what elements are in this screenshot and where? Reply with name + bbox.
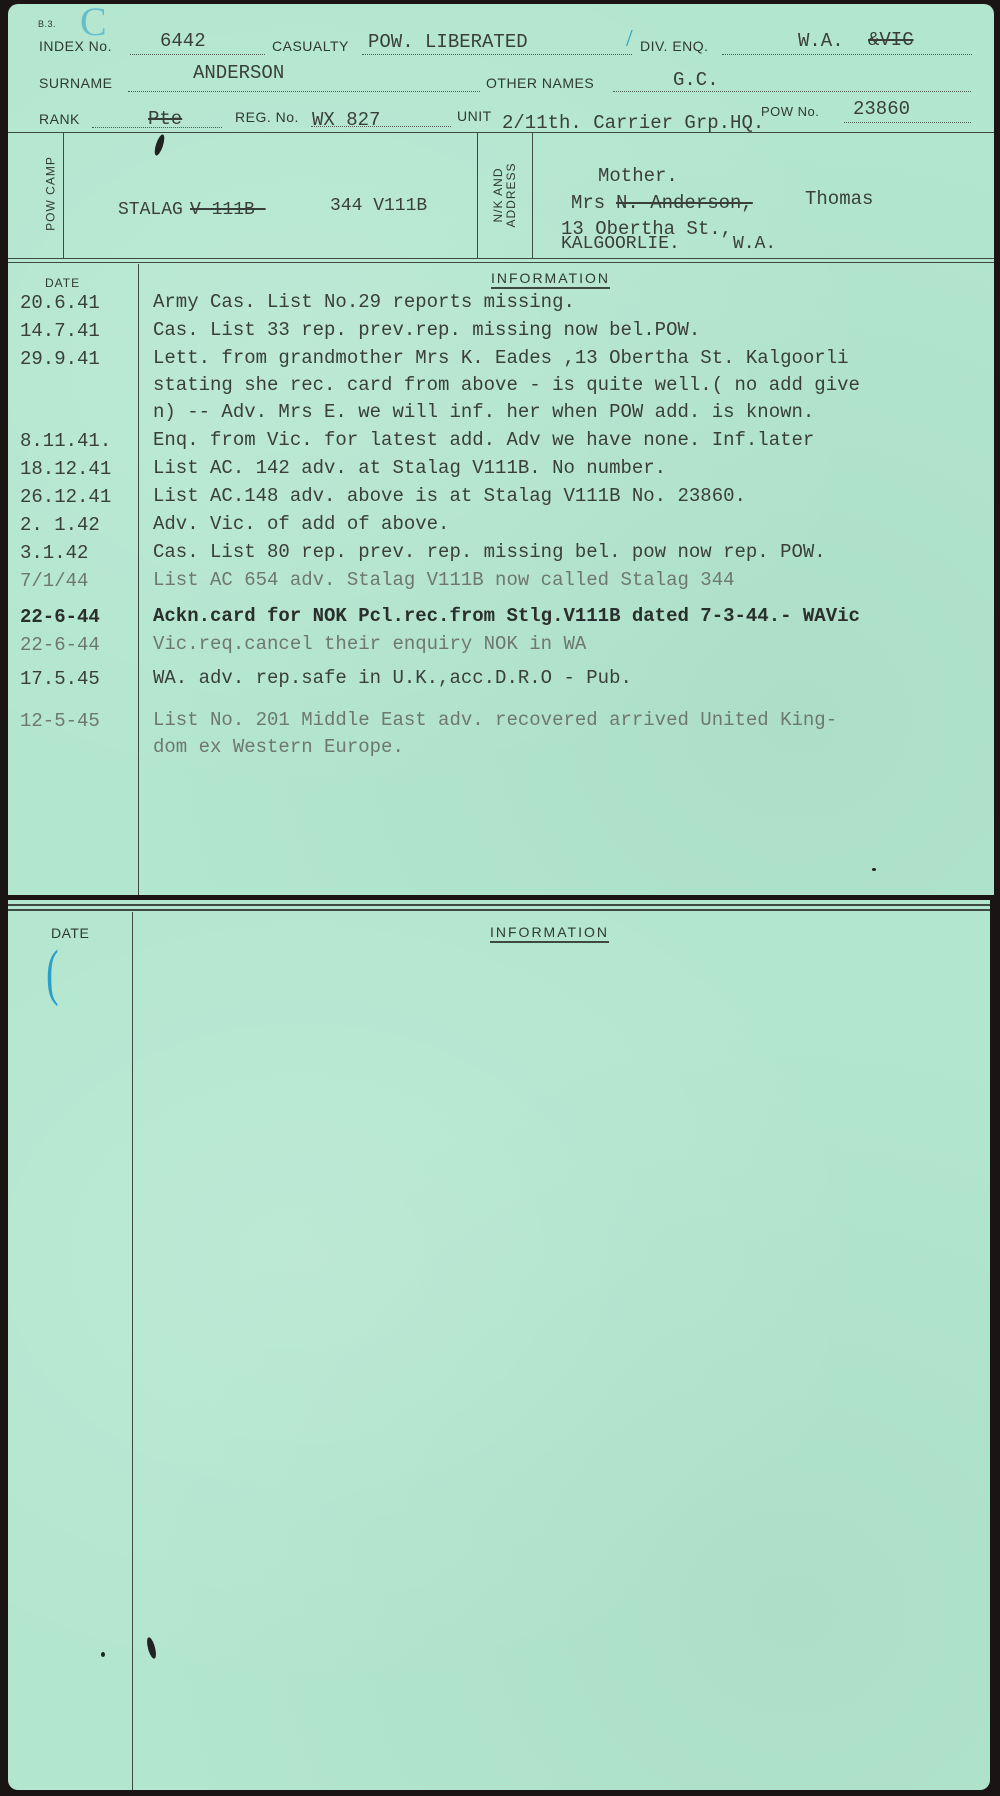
index-no-label: INDEX No.: [39, 38, 112, 54]
pow-camp-label: POW CAMP: [45, 149, 58, 239]
nok-name-prefix: Mrs: [571, 192, 605, 214]
back-information-header: INFORMATION: [490, 924, 609, 943]
entry-date: 26.12.41: [20, 486, 138, 508]
entry-text: List No. 201 Middle East adv. recovered …: [153, 707, 837, 761]
entry-date: 20.6.41: [20, 292, 138, 314]
pow-no-value: 23860: [853, 98, 910, 120]
div-enq-value: W.A.: [798, 30, 844, 52]
pow-camp-prefix: STALAG: [118, 200, 183, 220]
card-back: DATE INFORMATION (: [8, 900, 990, 1790]
nok-relation: Mother.: [598, 165, 678, 187]
front-information-header: INFORMATION: [491, 270, 610, 289]
nok-city: KALGOORLIE.: [561, 234, 680, 254]
pow-no-label: POW No.: [761, 104, 819, 119]
casualty-value: POW. LIBERATED: [368, 31, 528, 53]
pow-camp-value: 344 V111B: [330, 196, 427, 216]
entry-text: Enq. from Vic. for latest add. Adv we ha…: [153, 427, 814, 454]
entry-date: 7/1/44: [20, 570, 138, 592]
entry-text: List AC 654 adv. Stalag V111B now called…: [153, 567, 735, 594]
entry-text: Vic.req.cancel their enquiry NOK in WA: [153, 631, 586, 658]
nok-state: W.A.: [733, 234, 776, 254]
card-front: B.3. C INDEX No. 6442 CASUALTY POW. LIBE…: [8, 4, 994, 895]
entry-date: 2. 1.42: [20, 514, 138, 536]
entry-text: Adv. Vic. of add of above.: [153, 511, 449, 538]
front-date-header: DATE: [45, 276, 80, 290]
casualty-label: CASUALTY: [272, 38, 349, 54]
rank-value: Pte: [148, 108, 182, 130]
entry-text: Cas. List 80 rep. prev. rep. missing bel…: [153, 539, 826, 566]
div-enq-label: DIV. ENQ.: [640, 38, 709, 54]
entry-text: List AC.148 adv. above is at Stalag V111…: [153, 483, 746, 510]
entry-date: 12-5-45: [20, 710, 138, 732]
rank-label: RANK: [39, 111, 80, 127]
entry-text: Army Cas. List No.29 reports missing.: [153, 289, 575, 316]
reg-no-value: WX 827: [312, 109, 380, 131]
entry-date: 3.1.42: [20, 542, 138, 564]
surname-value: ANDERSON: [193, 62, 284, 84]
index-no-value: 6442: [160, 30, 206, 52]
entry-date: 22-6-44: [20, 634, 138, 656]
entry-date: 17.5.45: [20, 668, 138, 690]
other-names-value: G.C.: [673, 69, 719, 91]
nok-name-struck: N. Anderson,: [616, 192, 753, 214]
unit-label: UNIT: [457, 108, 492, 124]
entry-text: WA. adv. rep.safe in U.K.,acc.D.R.O - Pu…: [153, 665, 632, 692]
pow-camp-struck: V-111B-: [190, 200, 266, 220]
pen-mark-back: (: [46, 938, 58, 1009]
entry-text: Lett. from grandmother Mrs K. Eades ,13 …: [153, 345, 860, 426]
entry-date: 8.11.41.: [20, 430, 138, 452]
nok-name-added: Thomas: [805, 188, 873, 210]
entry-date: 29.9.41: [20, 348, 138, 370]
div-enq-struck-value: &VIC: [868, 29, 914, 51]
nok-address-label: N/K ANDADDRESS: [492, 145, 518, 245]
surname-label: SURNAME: [39, 75, 113, 91]
reg-no-label: REG. No.: [235, 109, 299, 125]
entry-text: Cas. List 33 rep. prev.rep. missing now …: [153, 317, 700, 344]
entry-date: 22-6-44: [20, 606, 138, 628]
unit-value: 2/11th. Carrier Grp.HQ.: [502, 112, 764, 134]
entry-date: 18.12.41: [20, 458, 138, 480]
entry-text: List AC. 142 adv. at Stalag V111B. No nu…: [153, 455, 666, 482]
form-code: B.3.: [38, 19, 56, 29]
other-names-label: OTHER NAMES: [486, 75, 594, 91]
entry-date: 14.7.41: [20, 320, 138, 342]
entry-text: Ackn.card for NOK Pcl.rec.from Stlg.V111…: [153, 603, 860, 630]
